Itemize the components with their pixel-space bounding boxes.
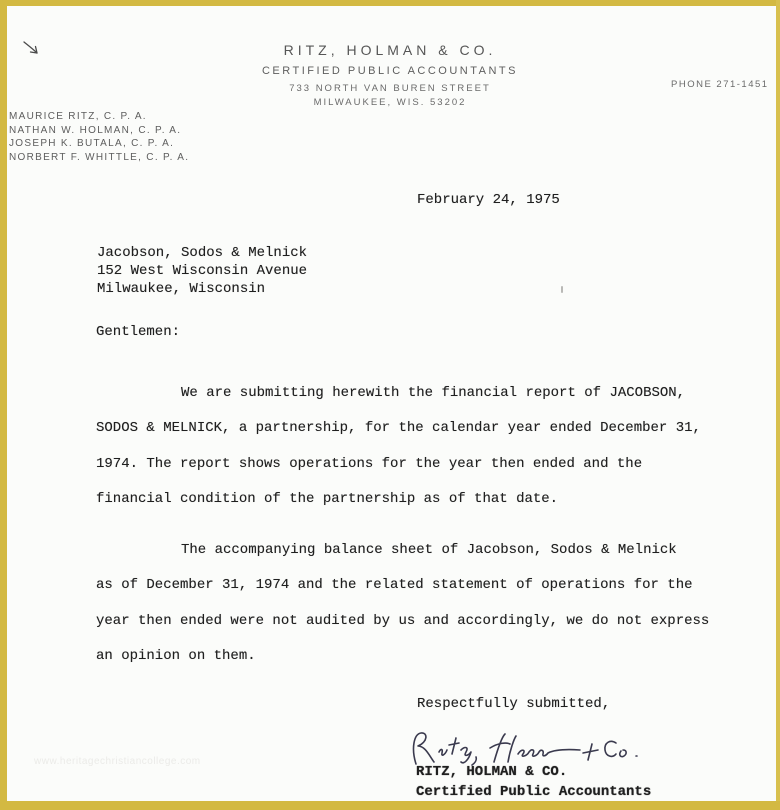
partner-name: JOSEPH K. BUTALA, C. P. A.	[9, 137, 189, 151]
recipient-address-block: Jacobson, Sodos & Melnick 152 West Wisco…	[97, 244, 307, 299]
closing-phrase: Respectfully submitted,	[417, 696, 610, 712]
letterhead-phone: PHONE 271-1451	[671, 79, 777, 90]
letterhead-city: MILWAUKEE, WIS. 53202	[0, 97, 780, 108]
paragraph-line: an opinion on them.	[96, 639, 709, 674]
paragraph-line: year then ended were not audited by us a…	[96, 604, 709, 639]
letterhead-firm-name: RITZ, HOLMAN & CO.	[0, 42, 780, 58]
partner-name: NATHAN W. HOLMAN, C. P. A.	[9, 124, 189, 138]
recipient-street: 152 West Wisconsin Avenue	[97, 262, 307, 280]
paragraph-line: 1974. The report shows operations for th…	[96, 447, 701, 482]
scan-border-bottom	[0, 801, 780, 810]
paragraph-line: financial condition of the partnership a…	[96, 482, 701, 517]
scan-border-top	[0, 0, 780, 6]
paragraph-line: SODOS & MELNICK, a partnership, for the …	[96, 411, 701, 446]
paragraph-1: We are submitting herewith the financial…	[96, 376, 701, 518]
letterhead-street: 733 NORTH VAN BUREN STREET	[0, 83, 780, 94]
salutation: Gentlemen:	[96, 324, 180, 340]
scanned-letter-page: RITZ, HOLMAN & CO. CERTIFIED PUBLIC ACCO…	[0, 0, 780, 810]
paragraph-line: as of December 31, 1974 and the related …	[96, 568, 709, 603]
scan-speck	[561, 286, 563, 293]
partner-name: MAURICE RITZ, C. P. A.	[9, 110, 189, 124]
watermark-text: www.heritagechristiancollege.com	[34, 756, 201, 767]
scan-border-left	[0, 0, 7, 810]
partner-list: MAURICE RITZ, C. P. A. NATHAN W. HOLMAN,…	[9, 110, 189, 164]
recipient-city: Milwaukee, Wisconsin	[97, 280, 307, 298]
partner-name: NORBERT F. WHITTLE, C. P. A.	[9, 151, 189, 165]
paragraph-line: The accompanying balance sheet of Jacobs…	[96, 533, 709, 568]
letter-date: February 24, 1975	[417, 192, 560, 208]
recipient-name: Jacobson, Sodos & Melnick	[97, 244, 307, 262]
signature-firm-title: Certified Public Accountants	[416, 784, 651, 800]
paragraph-2: The accompanying balance sheet of Jacobs…	[96, 533, 709, 675]
letterhead-subtitle: CERTIFIED PUBLIC ACCOUNTANTS	[0, 65, 780, 77]
scan-border-right	[776, 0, 780, 810]
paragraph-line: We are submitting herewith the financial…	[96, 376, 701, 411]
signature-firm-name: RITZ, HOLMAN & CO.	[416, 764, 567, 780]
